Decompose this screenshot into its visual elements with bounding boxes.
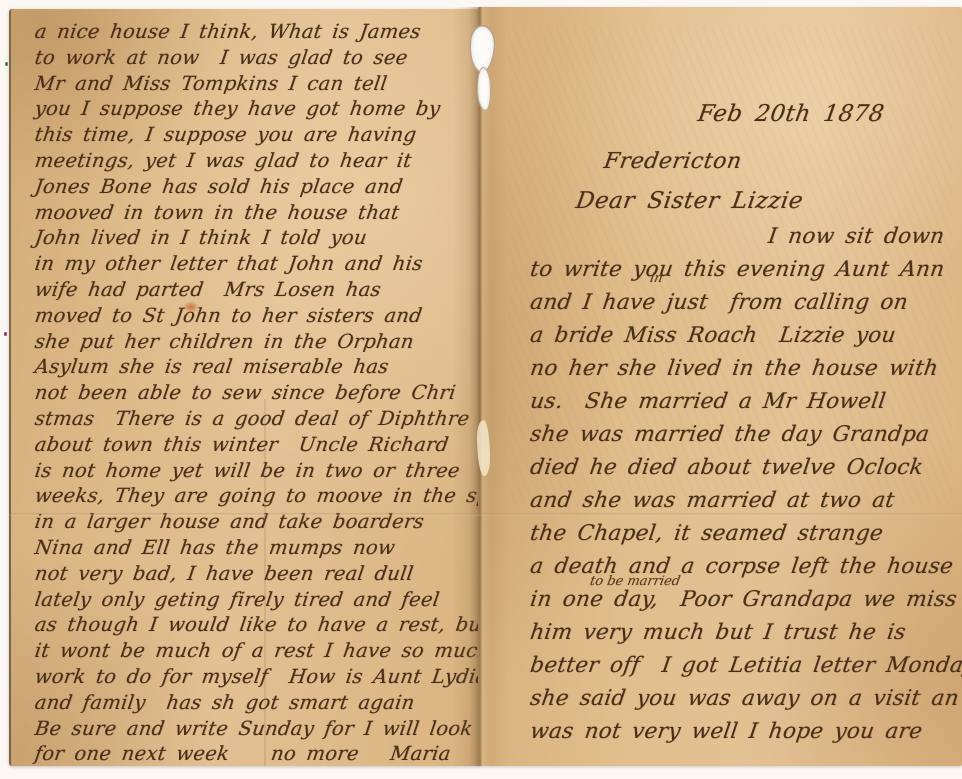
letter-line: John lived in I think I told you xyxy=(33,225,494,251)
letter-line: Asylum she is real miserable has xyxy=(33,354,494,380)
letter-line: as though I would like to have a rest, b… xyxy=(33,612,494,638)
left-page: a nice house I think, What is Jamesto wo… xyxy=(9,9,480,766)
scan-artifact xyxy=(5,62,8,66)
letter-scan: a nice house I think, What is Jamesto wo… xyxy=(0,0,962,779)
letter-line: the Chapel, it seamed strange xyxy=(528,517,962,550)
letter-line: you I suppose they have got home by xyxy=(33,96,494,122)
letter-line: him very much but I trust he is xyxy=(528,616,962,649)
inserted-word: in xyxy=(649,271,664,286)
letter-line: a nice house I think, What is James xyxy=(33,19,494,45)
letter-line: is not home yet will be in two or three xyxy=(33,458,494,484)
right-page: Feb 20th 1878 Fredericton Dear Sister Li… xyxy=(478,7,962,766)
letter-line: better off I got Letitia letter Monday xyxy=(528,649,962,682)
letter-line: stmas There is a good deal of Diphthre xyxy=(33,406,494,432)
letter-line: us. She married a Mr Howell xyxy=(528,385,962,418)
letter-line: a bride Miss Roach Lizzie you xyxy=(528,319,962,352)
salutation-line: Dear Sister Lizzie xyxy=(574,188,805,214)
letter-line: to write you this evening Aunt Ann xyxy=(528,253,962,286)
letter-line: lately only geting firely tired and feel xyxy=(33,587,494,613)
letter-line: this time, I suppose you are having xyxy=(33,122,494,148)
letter-line: Jones Bone has sold his place and xyxy=(33,174,494,200)
inserted-phrase: to be married xyxy=(589,574,682,589)
letter-line: not very bad, I have been real dull xyxy=(33,561,494,587)
place-line: Fredericton xyxy=(602,149,744,174)
letter-line: I now sit down xyxy=(528,220,962,253)
letter-line: she said you was away on a visit an xyxy=(528,682,962,715)
letter-line: and she was married at two at xyxy=(528,484,962,517)
letter-line: work to do for myself How is Aunt Lydia xyxy=(33,664,494,690)
letter-line: in a larger house and take boarders xyxy=(33,509,494,535)
letter-line: no her she lived in the house with xyxy=(528,352,962,385)
letter-line: moved to St John to her sisters and xyxy=(33,303,494,329)
letter-line: to work at now I was glad to see xyxy=(33,45,494,71)
left-page-text: a nice house I think, What is Jamesto wo… xyxy=(33,19,490,767)
right-page-text: I now sit downto write you this evening … xyxy=(528,220,962,748)
letter-line: Mr and Miss Tompkins I can tell xyxy=(33,71,494,97)
letter-line: wife had parted Mrs Losen has xyxy=(33,277,494,303)
letter-line: and family has sh got smart again xyxy=(33,690,494,716)
letter-line: for one next week no more Maria xyxy=(33,741,494,767)
letter-line: she was married the day Grandpa xyxy=(528,418,962,451)
letter-line: Nina and Ell has the mumps now xyxy=(33,535,494,561)
letter-line: and I have just from calling on xyxy=(528,286,962,319)
letter-line: it wont be much of a rest I have so much xyxy=(33,638,494,664)
letter-line: meetings, yet I was glad to hear it xyxy=(33,148,494,174)
date-line: Feb 20th 1878 xyxy=(696,101,886,127)
scan-artifact xyxy=(4,332,7,336)
letter-line: died he died about twelve Oclock xyxy=(528,451,962,484)
letter-line: weeks, They are going to moove in the sp… xyxy=(33,483,494,509)
letter-line: about town this winter Uncle Richard xyxy=(33,432,494,458)
letter-line: was not very well I hope you are xyxy=(528,715,962,748)
letter-line: in my other letter that John and his xyxy=(33,251,494,277)
letter-line: Be sure and write Sunday for I will look xyxy=(33,716,494,742)
letter-line: she put her children in the Orphan xyxy=(33,329,494,355)
letter-line: mooved in town in the house that xyxy=(33,200,494,226)
letter-line: not been able to sew since before Chri xyxy=(33,380,494,406)
